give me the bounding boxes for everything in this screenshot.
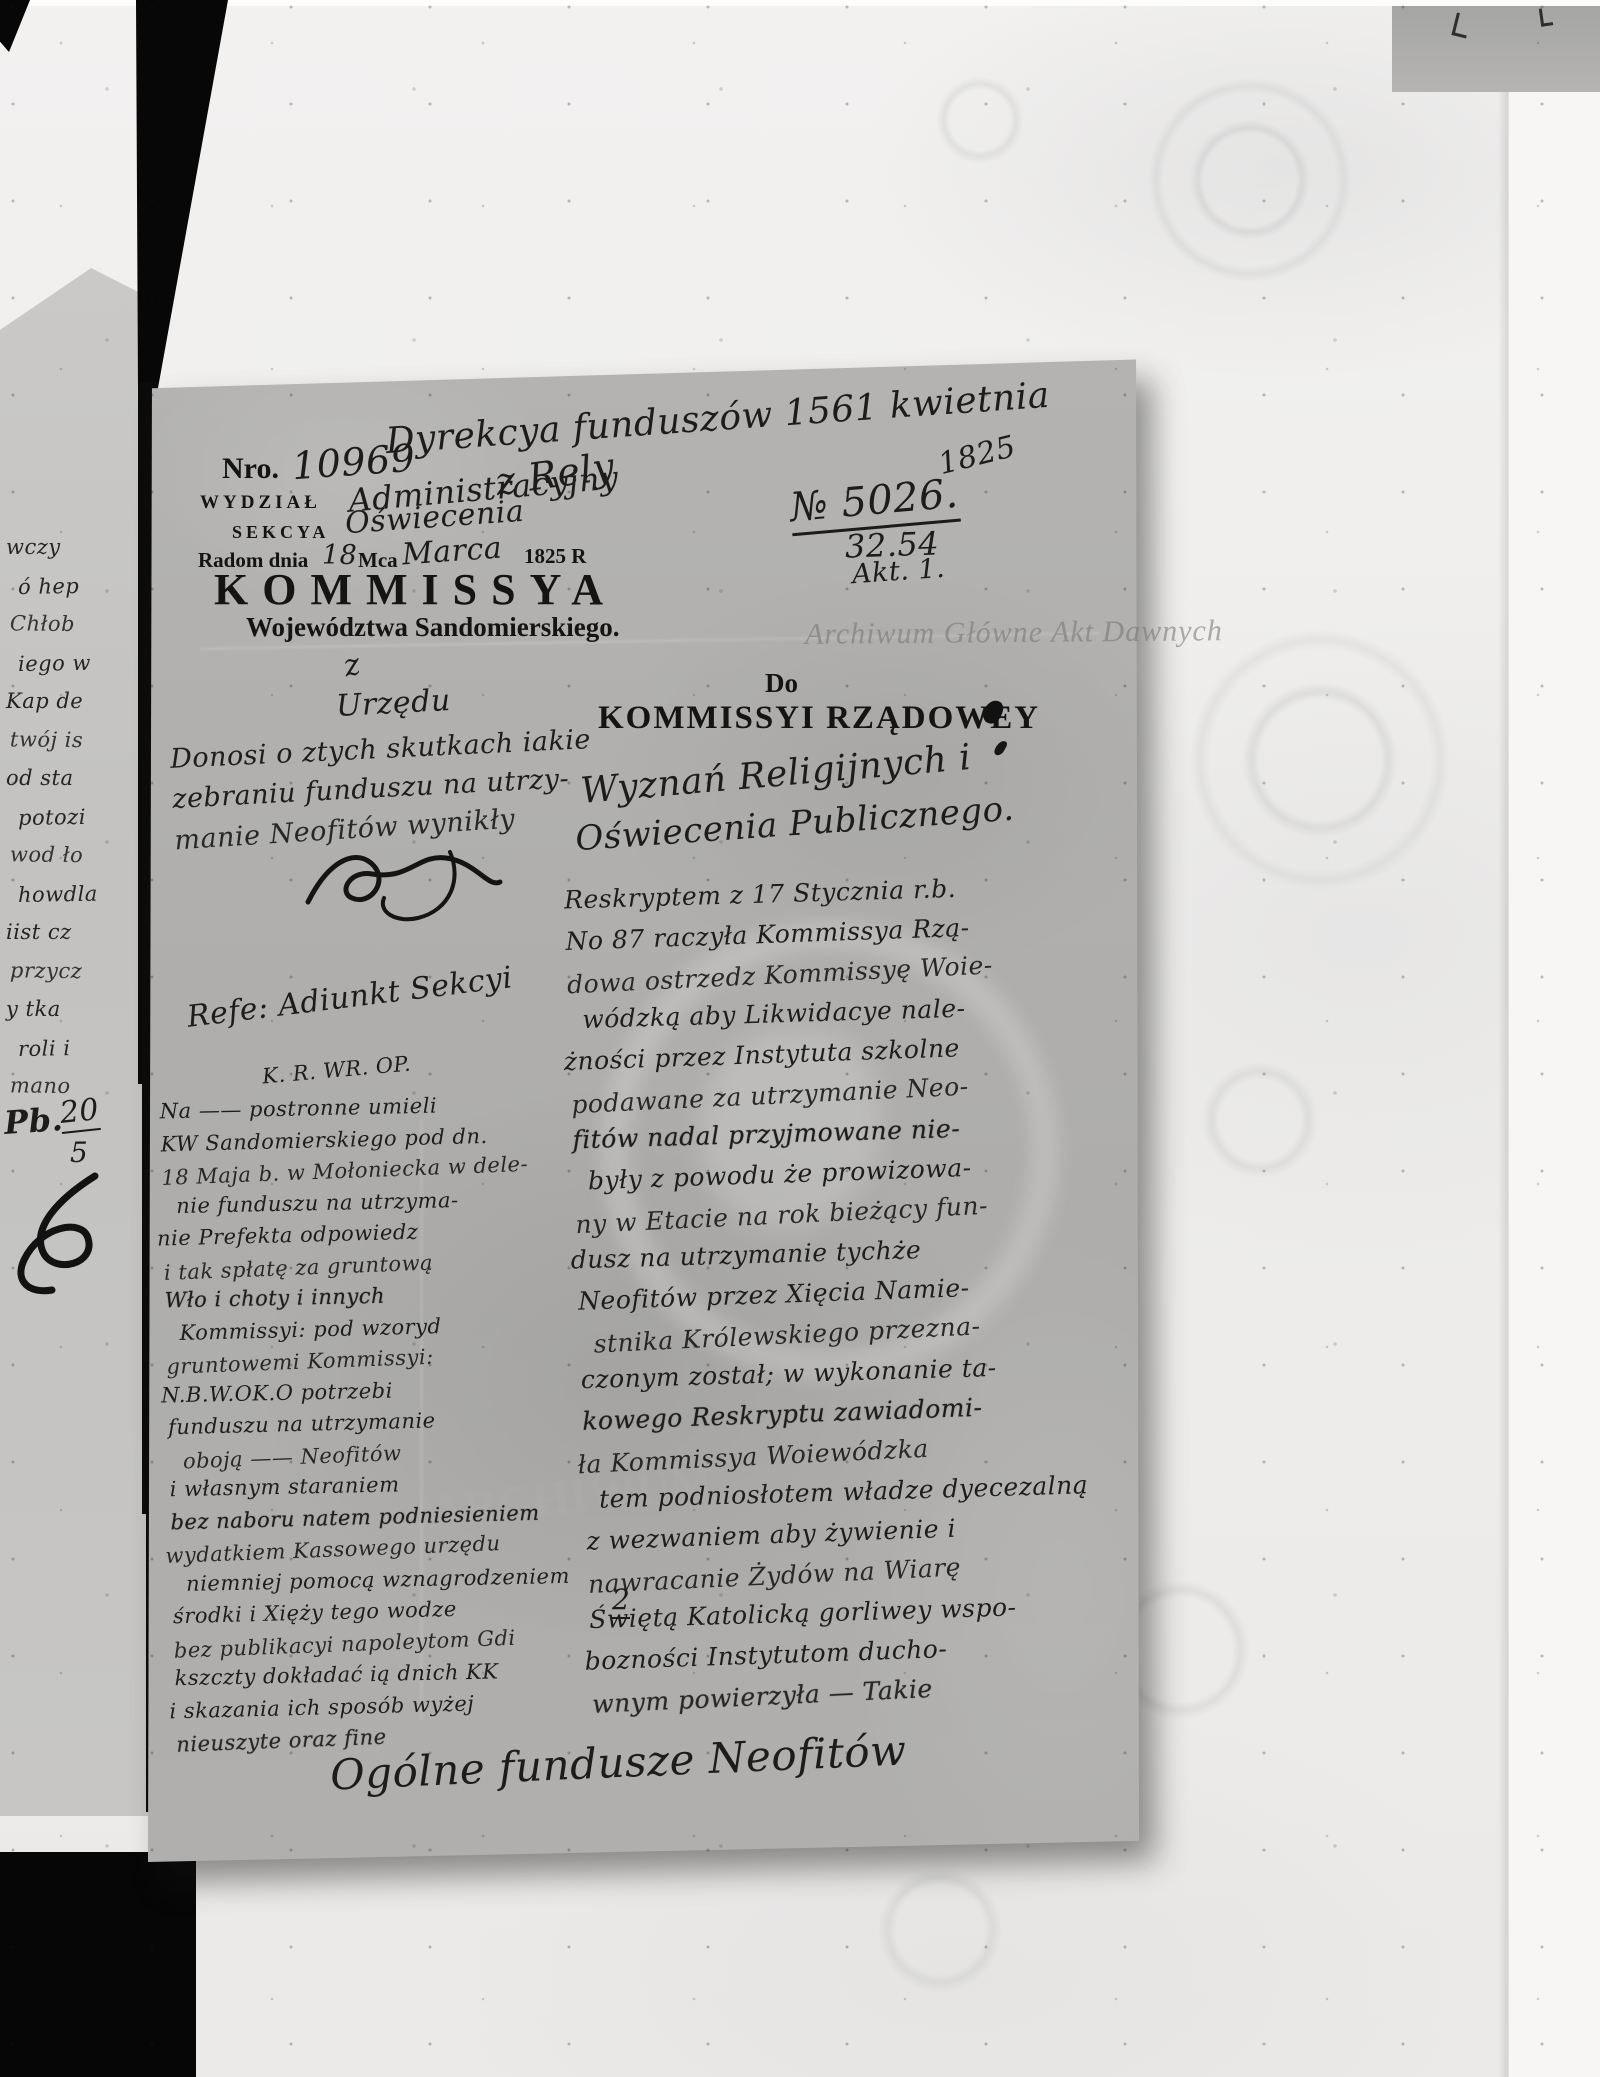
archival-scan: wczyó hepChłobiego wKap detwój isod stap… xyxy=(0,0,1600,2077)
film-speckles-overlay xyxy=(0,0,1600,2077)
